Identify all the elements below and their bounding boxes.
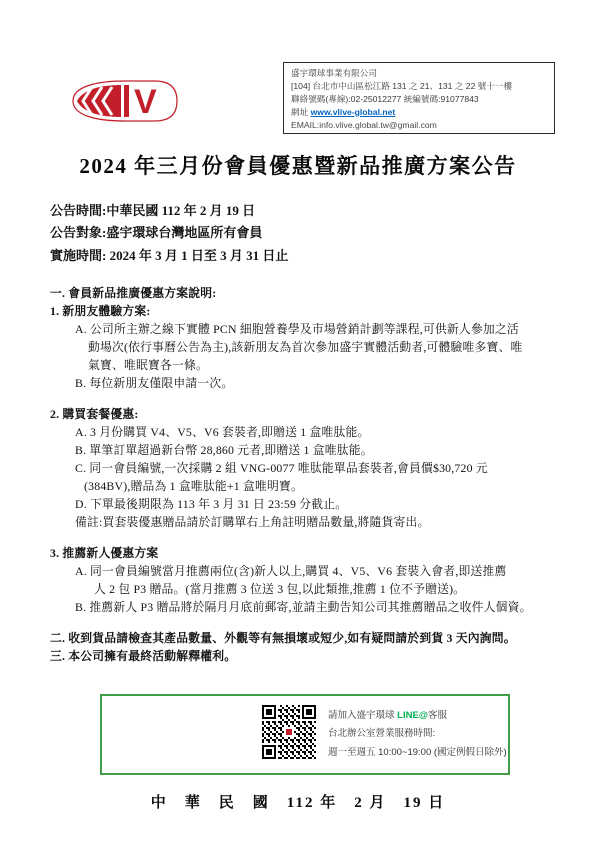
announce-time: 公告時間:中華民國 112 年 2 月 19 日 (50, 200, 288, 222)
body-line: D. 下單最後期限為 113 年 3 月 31 日 23:59 分截止。 (50, 495, 580, 513)
body-line: B. 每位新朋友僅限申請一次。 (50, 374, 580, 392)
email-label: EMAIL: (291, 120, 319, 130)
body-line: 動場次(依行事曆公告為主),該新朋友為首次參加盛宇實體活動者,可體驗唯多寶、唯 (50, 338, 580, 356)
body-note-line: 備註:買套裝優惠贈品請於訂購單右上角註明贈品數量,將隨貨寄出。 (50, 513, 580, 531)
company-info-box: 盛宇環球事業有限公司 [104] 台北市中山區松江路 131 之 21、131 … (283, 62, 555, 134)
company-phone: 聯絡號碼(專線):02-25012277 統編號碼:91077843 (291, 93, 547, 106)
section-2-heading: 二. 收到貨品請檢查其產品數量、外觀等有無損壞或短少,如有疑問請於到貨 3 天內… (50, 629, 580, 647)
section-3-heading: 三. 本公司擁有最終活動解釋權利。 (50, 647, 580, 665)
vlive-logo-icon: V (68, 76, 182, 126)
company-name: 盛宇環球事業有限公司 (291, 67, 547, 80)
company-email-line: EMAIL:info.vlive.global.tw@gmail.com (291, 119, 547, 132)
line-invite-line: 請加入盛宇環球 LINE@客服 (328, 707, 507, 726)
line-invite-prefix: 請加入盛宇環球 (328, 710, 397, 721)
company-address: [104] 台北市中山區松江路 131 之 21、131 之 22 號十一樓 (291, 80, 547, 93)
svg-text:V: V (134, 83, 157, 121)
plan-2-heading: 2. 購買套餐優惠: (50, 405, 580, 423)
qr-code-icon (260, 703, 318, 761)
office-hours-detail: 週一至週五 10:00~19:00 (國定例假日除外) (328, 744, 507, 763)
document-body: 一. 會員新品推廣優惠方案說明: 1. 新朋友體驗方案: A. 公司所主辦之線下… (50, 284, 580, 665)
email-address[interactable]: info.vlive.global.tw@gmail.com (319, 120, 437, 130)
company-logo: V (68, 76, 182, 131)
website-label: 網址 (291, 107, 311, 117)
body-line: (384BV),贈品為 1 盒唯肽能+1 盒唯明寶。 (50, 477, 580, 495)
announce-target: 公告對象:盛宇環球台灣地區所有會員 (50, 222, 288, 244)
company-website-line: 網址 www.vlive-global.net (291, 106, 547, 119)
section-1-heading: 一. 會員新品推廣優惠方案說明: (50, 284, 580, 302)
implement-time: 實施時間: 2024 年 3 月 1 日至 3 月 31 日止 (50, 245, 288, 267)
line-invite-suffix: 客服 (428, 710, 447, 721)
body-line: A. 公司所主辦之線下實體 PCN 細胞營養學及市場營銷計劃等課程,可供新人參加… (50, 320, 580, 338)
line-contact-text: 請加入盛宇環球 LINE@客服 台北辦公室營業服務時間: 週一至週五 10:00… (328, 707, 507, 763)
footer-date: 中 華 民 國 112 年 2 月 19 日 (0, 791, 596, 812)
document-page: V 盛宇環球事業有限公司 [104] 台北市中山區松江路 131 之 21、13… (0, 0, 596, 842)
announcement-meta: 公告時間:中華民國 112 年 2 月 19 日 公告對象:盛宇環球台灣地區所有… (50, 200, 288, 267)
line-at-label: LINE@ (397, 710, 428, 721)
office-hours-title: 台北辦公室營業服務時間: (328, 725, 507, 744)
line-contact-box: 請加入盛宇環球 LINE@客服 台北辦公室營業服務時間: 週一至週五 10:00… (100, 694, 510, 775)
line-qr-code (260, 703, 318, 766)
website-link[interactable]: www.vlive-global.net (311, 107, 396, 117)
body-line: A. 同一會員編號當月推薦兩位(含)新人以上,購買 4、V5、V6 套裝入會者,… (50, 562, 580, 580)
body-line: C. 同一會員編號,一次採購 2 組 VNG-0077 唯肽能單品套裝者,會員價… (50, 459, 580, 477)
body-line: A. 3 月份購買 V4、V5、V6 套裝者,即贈送 1 盒唯肽能。 (50, 423, 580, 441)
plan-3-heading: 3. 推薦新人優惠方案 (50, 544, 580, 562)
body-line: B. 推薦新人 P3 贈品將於隔月月底前郵寄,並請主動告知公司其推薦贈品之收件人… (50, 598, 580, 616)
body-line: 氣寶、唯眠寶各一條。 (50, 356, 580, 374)
page-title: 2024 年三月份會員優惠暨新品推廣方案公告 (0, 150, 596, 180)
plan-1-heading: 1. 新朋友體驗方案: (50, 302, 580, 320)
body-line: B. 單筆訂單超過新台幣 28,860 元者,即贈送 1 盒唯肽能。 (50, 441, 580, 459)
body-line: 人 2 包 P3 贈品。(當月推薦 3 位送 3 包,以此類推,推薦 1 位不予… (50, 580, 580, 598)
